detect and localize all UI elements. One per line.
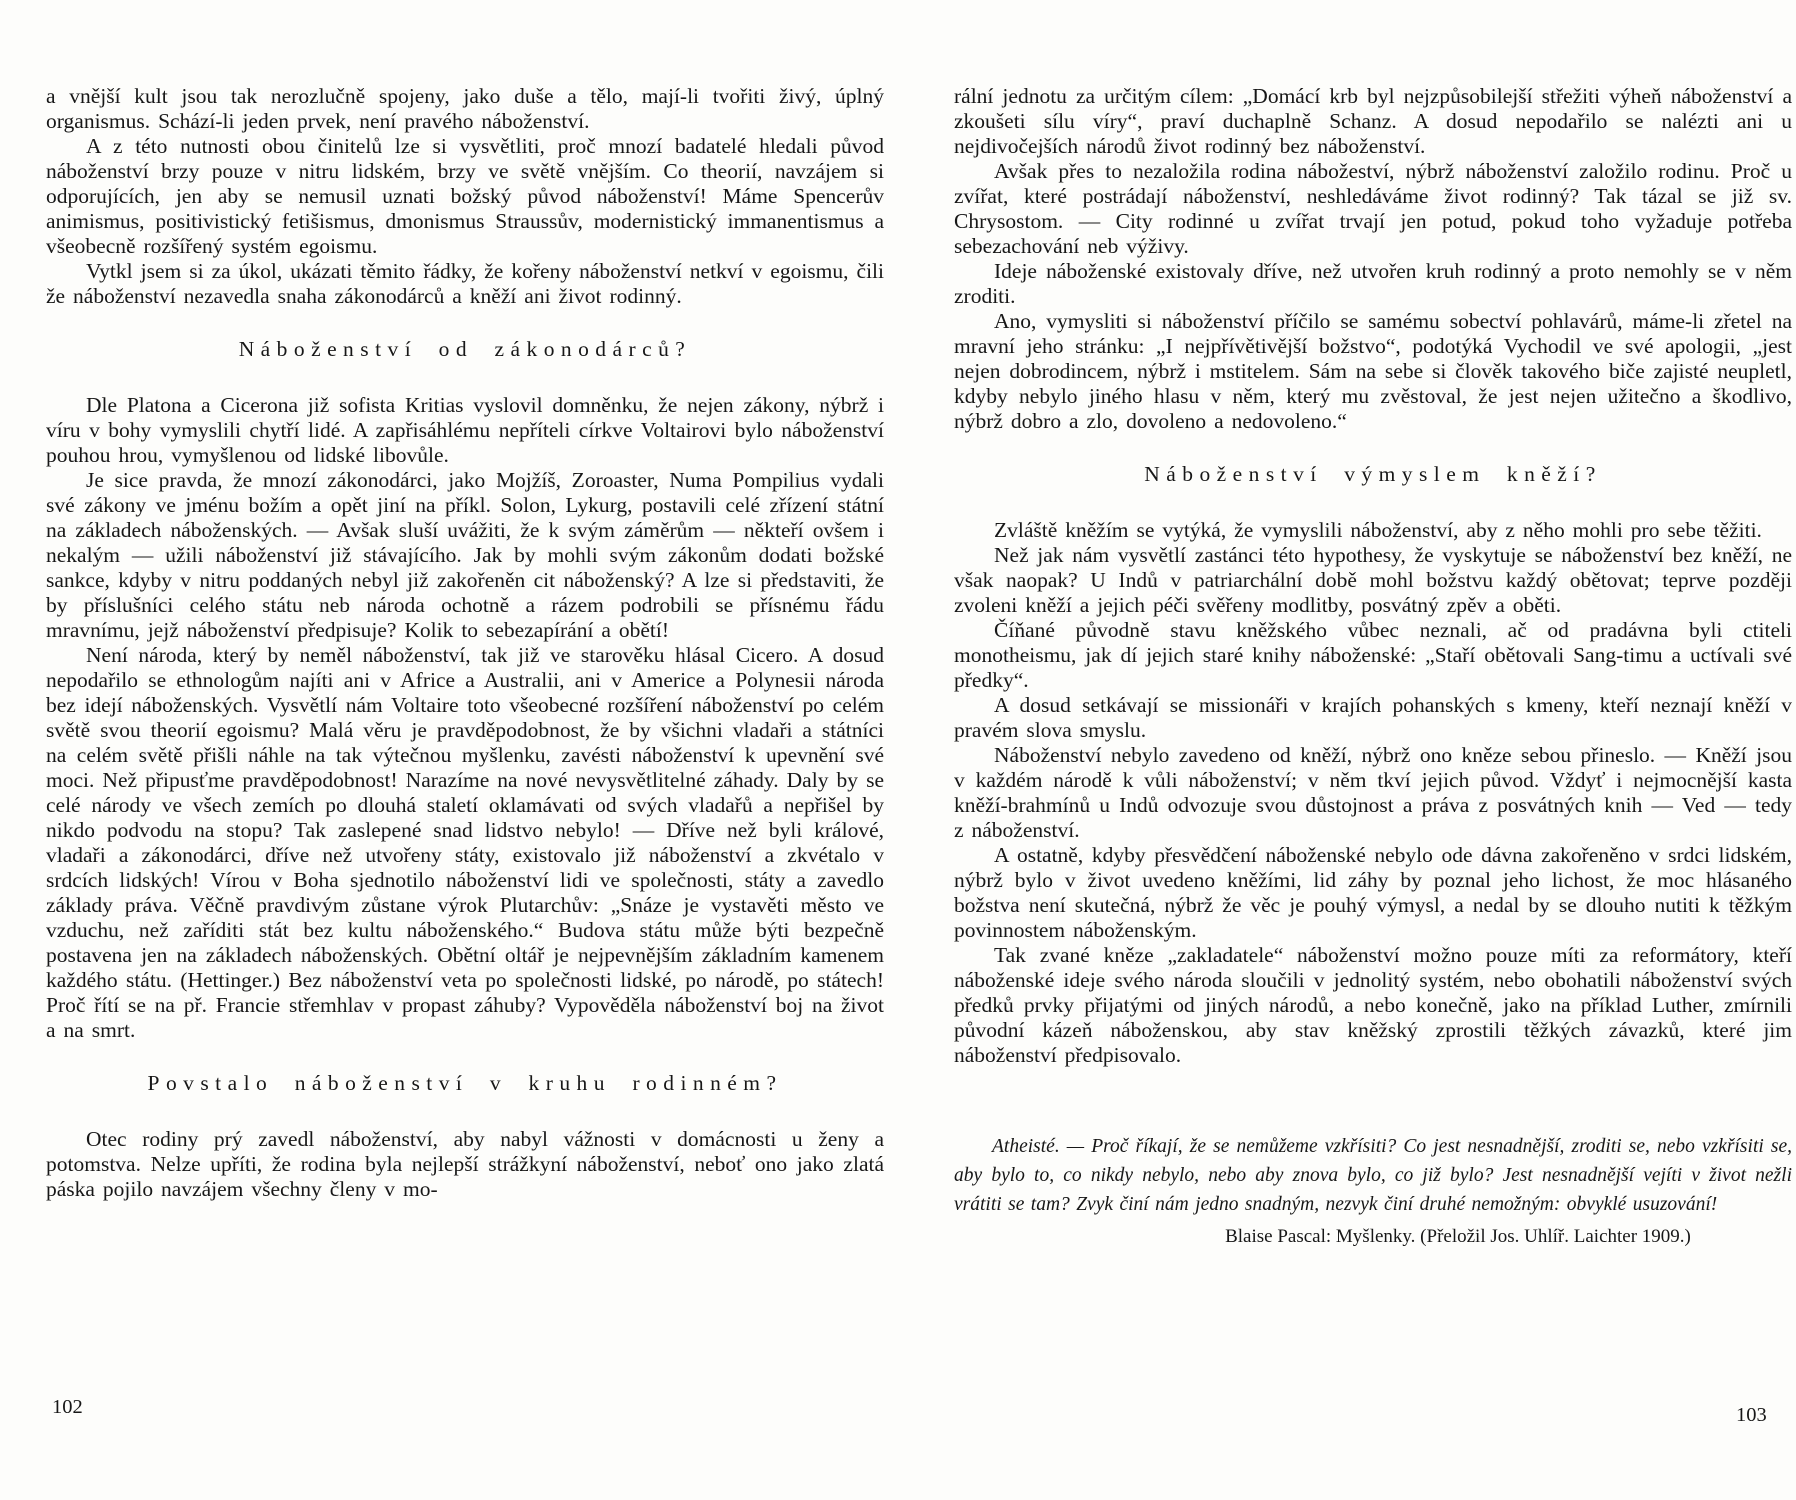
- body-paragraph: Ideje náboženské existovaly dříve, než u…: [954, 259, 1792, 309]
- section-heading: Náboženství výmyslem kněží?: [954, 461, 1792, 487]
- page-left: a vnější kult jsou tak nerozlučně spojen…: [46, 84, 884, 1202]
- page-right: rální jednotu za určitým cílem: „Domácí …: [954, 84, 1792, 1250]
- footnote-text: Atheisté. — Proč říkají, že se nemůžeme …: [954, 1132, 1792, 1219]
- body-paragraph: a vnější kult jsou tak nerozlučně spojen…: [46, 84, 884, 134]
- body-paragraph: Vytkl jsem si za úkol, ukázati těmito řá…: [46, 259, 884, 309]
- book-spread: a vnější kult jsou tak nerozlučně spojen…: [0, 0, 1796, 1500]
- body-paragraph: A dosud setkávají se missionáři v krajíc…: [954, 693, 1792, 743]
- body-paragraph: Tak zvané kněze „zakladatele“ náboženstv…: [954, 943, 1792, 1068]
- body-paragraph: Než jak nám vysvětlí zastánci této hypot…: [954, 543, 1792, 618]
- body-paragraph: Není národa, který by neměl náboženství,…: [46, 643, 884, 1043]
- body-paragraph: Číňané původně stavu kněžského vůbec nez…: [954, 618, 1792, 693]
- body-paragraph: Dle Platona a Cicerona již sofista Kriti…: [46, 393, 884, 468]
- section-heading: Povstalo náboženství v kruhu rodinném?: [46, 1070, 884, 1096]
- page-number-right: 103: [1736, 1404, 1767, 1427]
- section-heading: Náboženství od zákonodárců?: [46, 336, 884, 362]
- body-paragraph: Ano, vymysliti si náboženství příčilo se…: [954, 309, 1792, 434]
- body-paragraph: Je sice pravda, že mnozí zákonodárci, ja…: [46, 468, 884, 643]
- body-paragraph: A ostatně, kdyby přesvědčení náboženské …: [954, 843, 1792, 943]
- page-number-left: 102: [52, 1396, 83, 1419]
- body-paragraph: rální jednotu za určitým cílem: „Domácí …: [954, 84, 1792, 159]
- body-paragraph: Náboženství nebylo zavedeno od kněží, ný…: [954, 743, 1792, 843]
- body-paragraph: Zvláště kněžím se vytýká, že vymyslili n…: [954, 518, 1792, 543]
- body-paragraph: Avšak přes to nezaložila rodina nábožest…: [954, 159, 1792, 259]
- body-paragraph: A z této nutnosti obou činitelů lze si v…: [46, 134, 884, 259]
- footnote-attribution: Blaise Pascal: Myšlenky. (Přeložil Jos. …: [954, 1224, 1792, 1250]
- body-paragraph: Otec rodiny prý zavedl náboženství, aby …: [46, 1127, 884, 1202]
